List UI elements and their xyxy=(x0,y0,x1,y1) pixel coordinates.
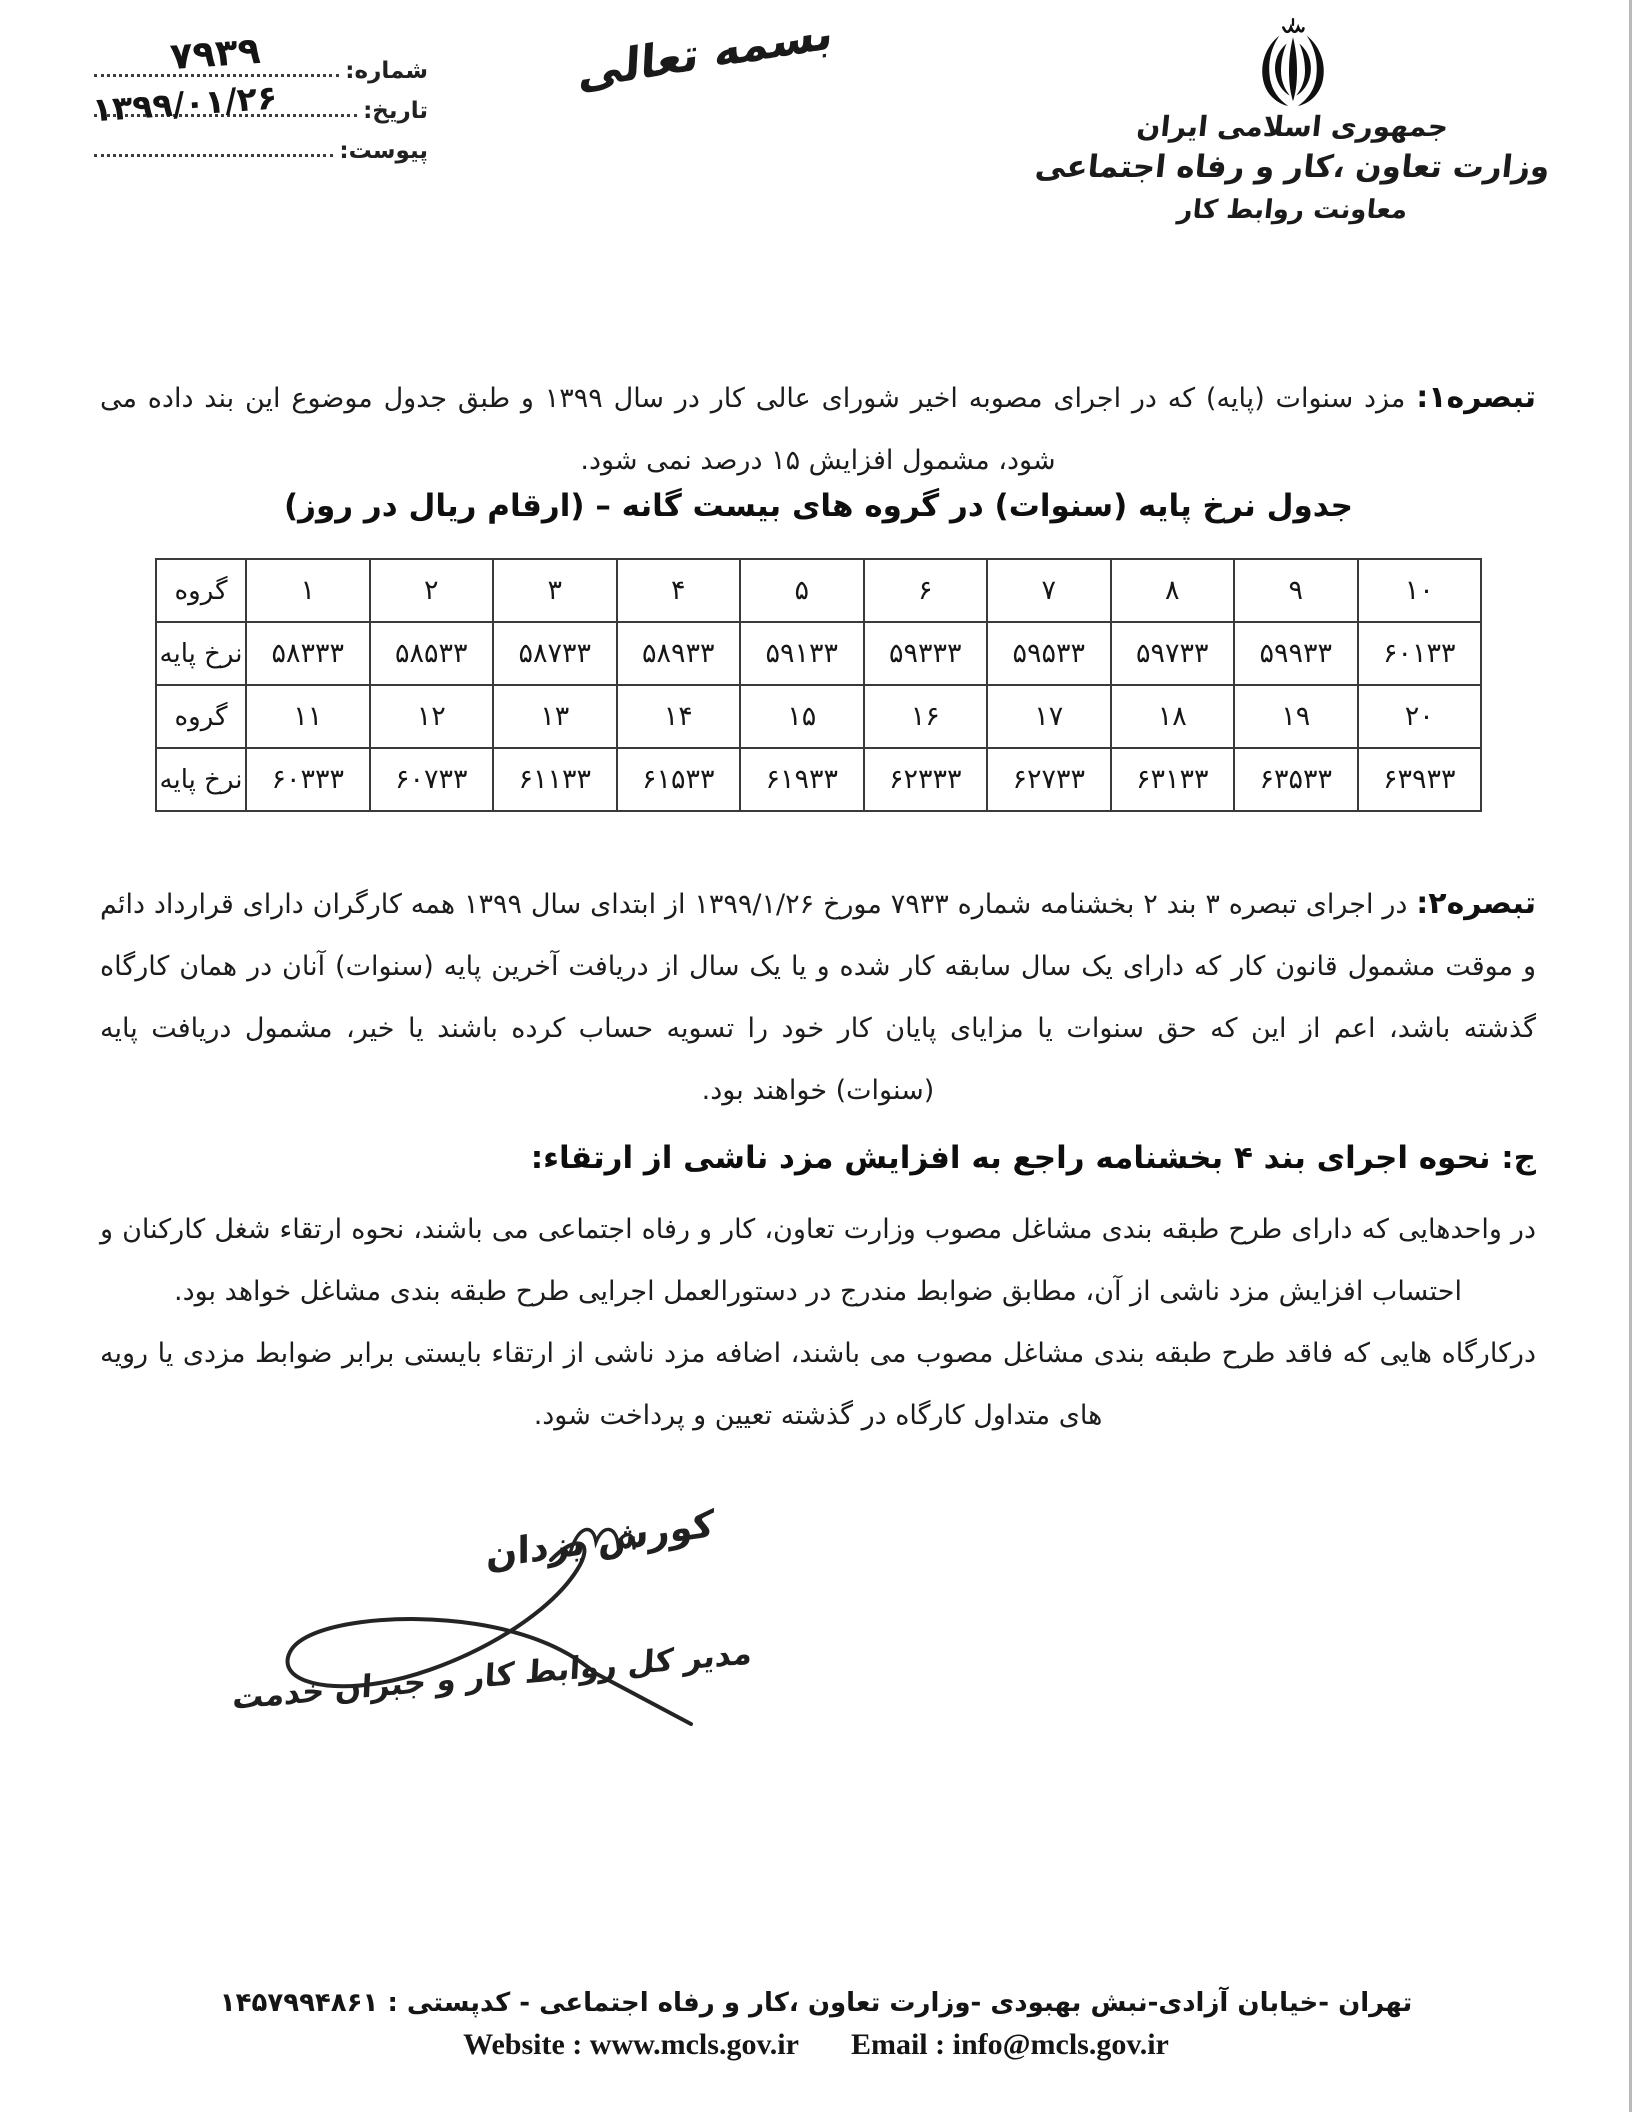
rates-table: گروه۱۲۳۴۵۶۷۸۹۱۰نرخ پایه۵۸۳۳۳۵۸۵۳۳۵۸۷۳۳۵۸… xyxy=(155,558,1482,812)
footer-address: تهران -خیابان آزادی-نبش بهبودی -وزارت تع… xyxy=(0,1988,1632,2018)
rate-value-cell: ۴ xyxy=(617,559,741,622)
rate-value-cell: ۶۳۱۳۳ xyxy=(1111,748,1235,811)
rate-value-cell: ۵۸۹۳۳ xyxy=(617,622,741,685)
signature-block: کورش یزدان مدیر کل روابط کار و جبران خدم… xyxy=(233,1478,773,1768)
section-c-para2-text: درکارگاه هایی که فاقد طرح طبقه بندی مشاغ… xyxy=(100,1338,1536,1431)
footer-contact-line: Website : www.mcls.gov.ir Email : info@m… xyxy=(0,2028,1632,2062)
row-label-cell: گروه xyxy=(156,685,246,748)
attachment-label: پیوست: xyxy=(339,138,430,164)
rate-value-cell: ۲ xyxy=(370,559,494,622)
letter-number-value: ۷۹۳۹ xyxy=(169,29,262,78)
letterhead-org-block: جمهوری اسلامی ایران وزارت تعاون ،کار و ر… xyxy=(1020,18,1565,225)
table-row: نرخ پایه۵۸۳۳۳۵۸۵۳۳۵۸۷۳۳۵۸۹۳۳۵۹۱۳۳۵۹۳۳۳۵۹… xyxy=(156,622,1481,685)
table-row: نرخ پایه۶۰۳۳۳۶۰۷۳۳۶۱۱۳۳۶۱۵۳۳۶۱۹۳۳۶۲۳۳۳۶۲… xyxy=(156,748,1481,811)
note1-text: مزد سنوات (پایه) که در اجرای مصوبه اخیر … xyxy=(100,383,1416,476)
org-ministry-line: وزارت تعاون ،کار و رفاه اجتماعی xyxy=(1018,149,1567,185)
rate-value-cell: ۶۱۱۳۳ xyxy=(493,748,617,811)
row-label-cell: نرخ پایه xyxy=(156,622,246,685)
section-c-paragraph-1: در واحدهایی که دارای طرح طبقه بندی مشاغل… xyxy=(100,1199,1536,1323)
rate-value-cell: ۷ xyxy=(987,559,1111,622)
rate-value-cell: ۶۱۵۳۳ xyxy=(617,748,741,811)
rate-value-cell: ۶۰۷۳۳ xyxy=(370,748,494,811)
note2-paragraph: تبصره۲: در اجرای تبصره ۳ بند ۲ بخشنامه ش… xyxy=(100,873,1536,1122)
rate-value-cell: ۵۹۱۳۳ xyxy=(740,622,864,685)
rate-value-cell: ۱۱ xyxy=(246,685,370,748)
table-row: گروه۱۲۳۴۵۶۷۸۹۱۰ xyxy=(156,559,1481,622)
footer: تهران -خیابان آزادی-نبش بهبودی -وزارت تع… xyxy=(0,1988,1632,2062)
rate-value-cell: ۱۹ xyxy=(1234,685,1358,748)
rate-value-cell: ۶۱۹۳۳ xyxy=(740,748,864,811)
rate-value-cell: ۲۰ xyxy=(1358,685,1482,748)
section-c-para1-text: در واحدهایی که دارای طرح طبقه بندی مشاغل… xyxy=(100,1214,1536,1307)
dotted-leader xyxy=(94,154,333,157)
rate-value-cell: ۵۹۷۳۳ xyxy=(1111,622,1235,685)
section-c-paragraph-2: درکارگاه هایی که فاقد طرح طبقه بندی مشاغ… xyxy=(100,1323,1536,1447)
section-c-heading: ج: نحوه اجرای بند ۴ بخشنامه راجع به افزا… xyxy=(100,1140,1536,1176)
attachment-row: پیوست: xyxy=(92,124,430,164)
rate-value-cell: ۶۲۳۳۳ xyxy=(864,748,988,811)
note2-label: تبصره۲: xyxy=(1416,886,1536,921)
rate-value-cell: ۱۳ xyxy=(493,685,617,748)
rate-value-cell: ۶۰۳۳۳ xyxy=(246,748,370,811)
rate-value-cell: ۵۸۵۳۳ xyxy=(370,622,494,685)
row-label-cell: نرخ پایه xyxy=(156,748,246,811)
rate-value-cell: ۵۹۹۳۳ xyxy=(1234,622,1358,685)
besmellah-calligraphy: بسمه تعالی xyxy=(556,2,855,103)
rate-value-cell: ۱ xyxy=(246,559,370,622)
rate-value-cell: ۳ xyxy=(493,559,617,622)
rate-value-cell: ۶۳۹۳۳ xyxy=(1358,748,1482,811)
rate-value-cell: ۵۸۷۳۳ xyxy=(493,622,617,685)
rate-value-cell: ۱۸ xyxy=(1111,685,1235,748)
rate-value-cell: ۵۹۳۳۳ xyxy=(864,622,988,685)
letterhead-meta-block: شماره: تاریخ: پیوست: ۷۹۳۹ ۱۳۹۹/۰۱/۲۶ xyxy=(92,44,430,164)
number-label: شماره: xyxy=(345,58,430,84)
rates-table-title: جدول نرخ پایه (سنوات) در گروه های بیست گ… xyxy=(155,488,1482,524)
rate-value-cell: ۹ xyxy=(1234,559,1358,622)
row-label-cell: گروه xyxy=(156,559,246,622)
note1-paragraph: تبصره۱: مزد سنوات (پایه) که در اجرای مصو… xyxy=(100,367,1536,492)
rate-value-cell: ۶۲۷۳۳ xyxy=(987,748,1111,811)
rates-table-body: گروه۱۲۳۴۵۶۷۸۹۱۰نرخ پایه۵۸۳۳۳۵۸۵۳۳۵۸۷۳۳۵۸… xyxy=(156,559,1481,811)
rate-value-cell: ۶۳۵۳۳ xyxy=(1234,748,1358,811)
note2-text: در اجرای تبصره ۳ بند ۲ بخشنامه شماره ۷۹۳… xyxy=(100,889,1536,1106)
scanned-letter-page: شماره: تاریخ: پیوست: ۷۹۳۹ ۱۳۹۹/۰۱/۲۶ بسم… xyxy=(0,0,1632,2112)
rate-value-cell: ۱۴ xyxy=(617,685,741,748)
rate-value-cell: ۱۷ xyxy=(987,685,1111,748)
table-row: گروه۱۱۱۲۱۳۱۴۱۵۱۶۱۷۱۸۱۹۲۰ xyxy=(156,685,1481,748)
rate-value-cell: ۱۵ xyxy=(740,685,864,748)
footer-email: Email : info@mcls.gov.ir xyxy=(851,2028,1169,2062)
note1-label: تبصره۱: xyxy=(1416,380,1536,415)
rate-value-cell: ۶ xyxy=(864,559,988,622)
rate-value-cell: ۱۰ xyxy=(1358,559,1482,622)
rate-value-cell: ۱۶ xyxy=(864,685,988,748)
iran-emblem-icon xyxy=(1253,18,1333,106)
org-deputy-line: معاونت روابط کار xyxy=(1018,195,1566,225)
footer-website: Website : www.mcls.gov.ir xyxy=(463,2028,799,2062)
rate-value-cell: ۶۰۱۳۳ xyxy=(1358,622,1482,685)
date-label: تاریخ: xyxy=(363,98,430,124)
rate-value-cell: ۵۹۵۳۳ xyxy=(987,622,1111,685)
rate-value-cell: ۵ xyxy=(740,559,864,622)
rate-value-cell: ۵۸۳۳۳ xyxy=(246,622,370,685)
org-country-line: جمهوری اسلامی ایران xyxy=(1018,110,1566,143)
rate-value-cell: ۱۲ xyxy=(370,685,494,748)
rate-value-cell: ۸ xyxy=(1111,559,1235,622)
